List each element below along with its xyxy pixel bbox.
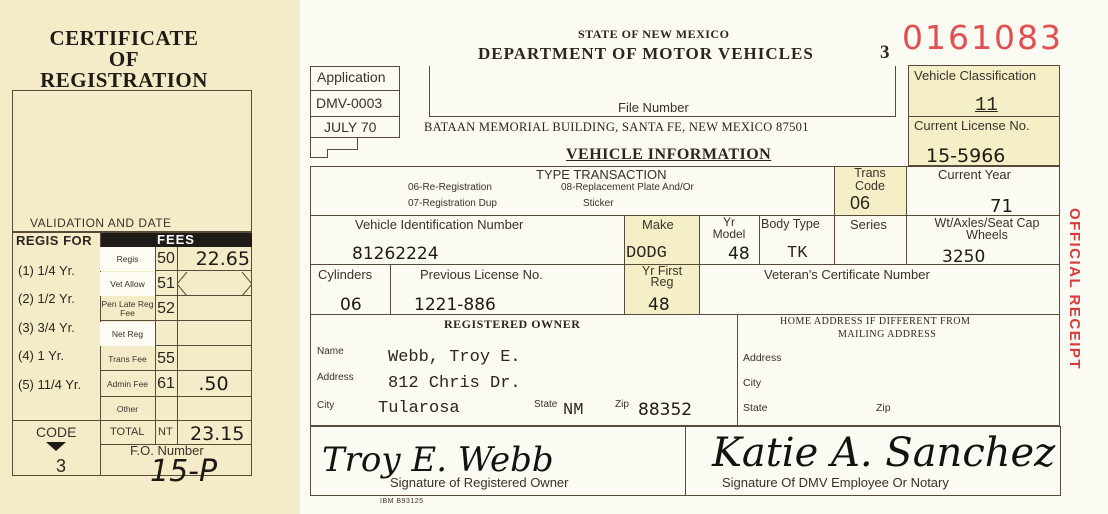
fee-row-vet-allow: Vet Allow 51 (100, 272, 252, 296)
fee-name: Net Reg (100, 322, 155, 346)
fee-row-other: Other (100, 397, 252, 421)
code-label: CODE (36, 424, 76, 440)
fee-code: 50 (155, 247, 177, 271)
current-year-value: 71 (990, 196, 1013, 217)
prev-license-value: 1221-886 (414, 295, 496, 315)
owner-signature-label: Signature of Registered Owner (390, 475, 568, 490)
fee-code: 51 (155, 272, 177, 296)
transaction-option-08[interactable]: 08-Replacement Plate And/Or (561, 182, 694, 193)
owner-zip-value: 88352 (638, 400, 692, 420)
home-zip-label: Zip (876, 402, 891, 414)
period-option[interactable]: (1) 1/4 Yr. (18, 263, 75, 278)
owner-state-value: NM (563, 401, 583, 420)
cylinders-label: Cylinders (318, 267, 372, 282)
transaction-option-sticker[interactable]: Sticker (583, 198, 614, 209)
total-amount: 23.15 (190, 423, 244, 445)
fee-name: Admin Fee (100, 372, 155, 396)
owner-name-label: Name (317, 346, 344, 357)
fee-name: Regis (100, 247, 155, 271)
certificate-title: CERTIFICATE OF REGISTRATION (14, 28, 234, 91)
fees-header: FEES (100, 233, 252, 247)
fee-name: Pen Late Reg Fee (100, 297, 155, 321)
veteran-label: Veteran's Certificate Number (764, 267, 930, 282)
classification-value: 11 (975, 94, 998, 116)
series-label: Series (850, 217, 887, 232)
control-number: 0161083 (902, 18, 1063, 57)
vin-label: Vehicle Identification Number (355, 217, 523, 232)
prev-license-label: Previous License No. (420, 267, 543, 282)
fee-row-trans-fee: Trans Fee 55 (100, 347, 252, 371)
yr-model-label: Yr Model (705, 216, 753, 240)
fee-amount (177, 297, 252, 321)
code-value: 3 (56, 456, 66, 477)
state-label: STATE OF NEW MEXICO (578, 27, 729, 42)
cylinders-value: 06 (340, 295, 362, 315)
fee-amount (177, 322, 252, 346)
classification-label: Vehicle Classification (914, 68, 1036, 83)
validation-label: VALIDATION AND DATE (30, 216, 172, 230)
file-number-label: File Number (618, 100, 689, 115)
fee-code: 52 (155, 297, 177, 321)
fee-name: Other (100, 397, 155, 421)
application-form: DMV-0003 (316, 95, 382, 111)
department-title: DEPARTMENT OF MOTOR VEHICLES (478, 44, 814, 64)
body-type-label: Body Type (761, 217, 820, 231)
home-address-label: Address (743, 352, 782, 364)
fee-amount: 22.65 (177, 247, 252, 271)
home-address-title-2: MAILING ADDRESS (838, 329, 936, 340)
total-code: NT (158, 426, 173, 438)
current-year-label: Current Year (938, 167, 1011, 182)
series-digit: 3 (880, 42, 890, 64)
home-state-label: State (743, 402, 768, 414)
validation-box (12, 90, 252, 232)
fee-name: Trans Fee (100, 347, 155, 371)
regis-for-label: REGIS FOR (16, 233, 92, 248)
home-city-label: City (743, 377, 761, 389)
owner-section-title: REGISTERED OWNER (444, 317, 580, 332)
fee-amount (177, 397, 252, 421)
period-option[interactable]: (3) 3/4 Yr. (18, 320, 75, 335)
owner-name-value: Webb, Troy E. (388, 348, 521, 367)
make-label: Make (642, 217, 674, 232)
application-date: JULY 70 (324, 119, 376, 135)
license-value: 15-5966 (926, 145, 1005, 167)
wt-label: Wt/Axles/Seat Cap Wheels (918, 217, 1056, 241)
title-line: REGISTRATION (14, 70, 234, 91)
title-line: CERTIFICATE (14, 28, 234, 49)
wt-value: 3250 (942, 247, 985, 267)
fee-code: 55 (155, 347, 177, 371)
title-line: OF (14, 49, 234, 70)
form-code: IBM B93125 (380, 498, 424, 505)
period-option[interactable]: (2) 1/2 Yr. (18, 291, 75, 306)
owner-address-label: Address (317, 372, 354, 383)
office-address: BATAAN MEMORIAL BUILDING, SANTA FE, NEW … (424, 120, 809, 135)
employee-signature-label: Signature Of DMV Employee Or Notary (722, 475, 949, 490)
owner-city-label: City (317, 400, 334, 411)
vin-value: 81262224 (352, 244, 439, 264)
down-triangle-icon (46, 442, 66, 451)
owner-address-value: 812 Chris Dr. (388, 374, 521, 393)
fee-row-admin-fee: Admin Fee 61 .50 (100, 372, 252, 397)
owner-city-value: Tularosa (378, 399, 460, 418)
fee-code (155, 322, 177, 346)
body-type-value: TK (787, 244, 807, 263)
fee-code: 61 (155, 372, 177, 396)
fee-row-net-reg: Net Reg (100, 322, 252, 346)
fee-name: Vet Allow (100, 272, 155, 296)
transaction-title: TYPE TRANSACTION (536, 167, 667, 182)
license-label: Current License No. (914, 118, 1030, 133)
fee-amount: .50 (177, 372, 252, 396)
vet-allow-diamond-icon (177, 272, 252, 296)
period-option[interactable]: (5) 11/4 Yr. (18, 377, 81, 392)
period-option[interactable]: (4) 1 Yr. (18, 348, 64, 363)
transaction-option-07[interactable]: 07-Registration Dup (408, 198, 497, 209)
yr-first-reg-value: 48 (648, 295, 670, 315)
owner-zip-label: Zip (615, 399, 629, 410)
make-value: DODG (626, 244, 667, 263)
section-title: VEHICLE INFORMATION (566, 146, 771, 164)
home-address-title: HOME ADDRESS IF DIFFERENT FROM (780, 316, 970, 327)
application-label: Application (317, 69, 386, 85)
yr-model-value: 48 (728, 244, 750, 264)
fo-number-value: 15-P (150, 454, 217, 489)
total-label: TOTAL (110, 426, 144, 438)
fee-row-pen-late: Pen Late Reg Fee 52 (100, 297, 252, 321)
fee-row-regis: Regis 50 22.65 (100, 247, 252, 271)
employee-signature: Katie A. Sanchez (712, 430, 1055, 476)
yr-first-reg-label: Yr First Reg (633, 266, 691, 288)
trans-code-label: Trans Code (850, 167, 890, 193)
official-receipt-stamp: OFFICIAL RECEIPT (1066, 208, 1083, 370)
owner-signature: Troy E. Webb (322, 440, 554, 480)
transaction-option-06[interactable]: 06-Re-Registration (408, 182, 492, 193)
fee-code (155, 397, 177, 421)
owner-state-label: State (534, 399, 557, 410)
fee-amount (177, 347, 252, 371)
trans-code-value: 06 (850, 193, 870, 214)
